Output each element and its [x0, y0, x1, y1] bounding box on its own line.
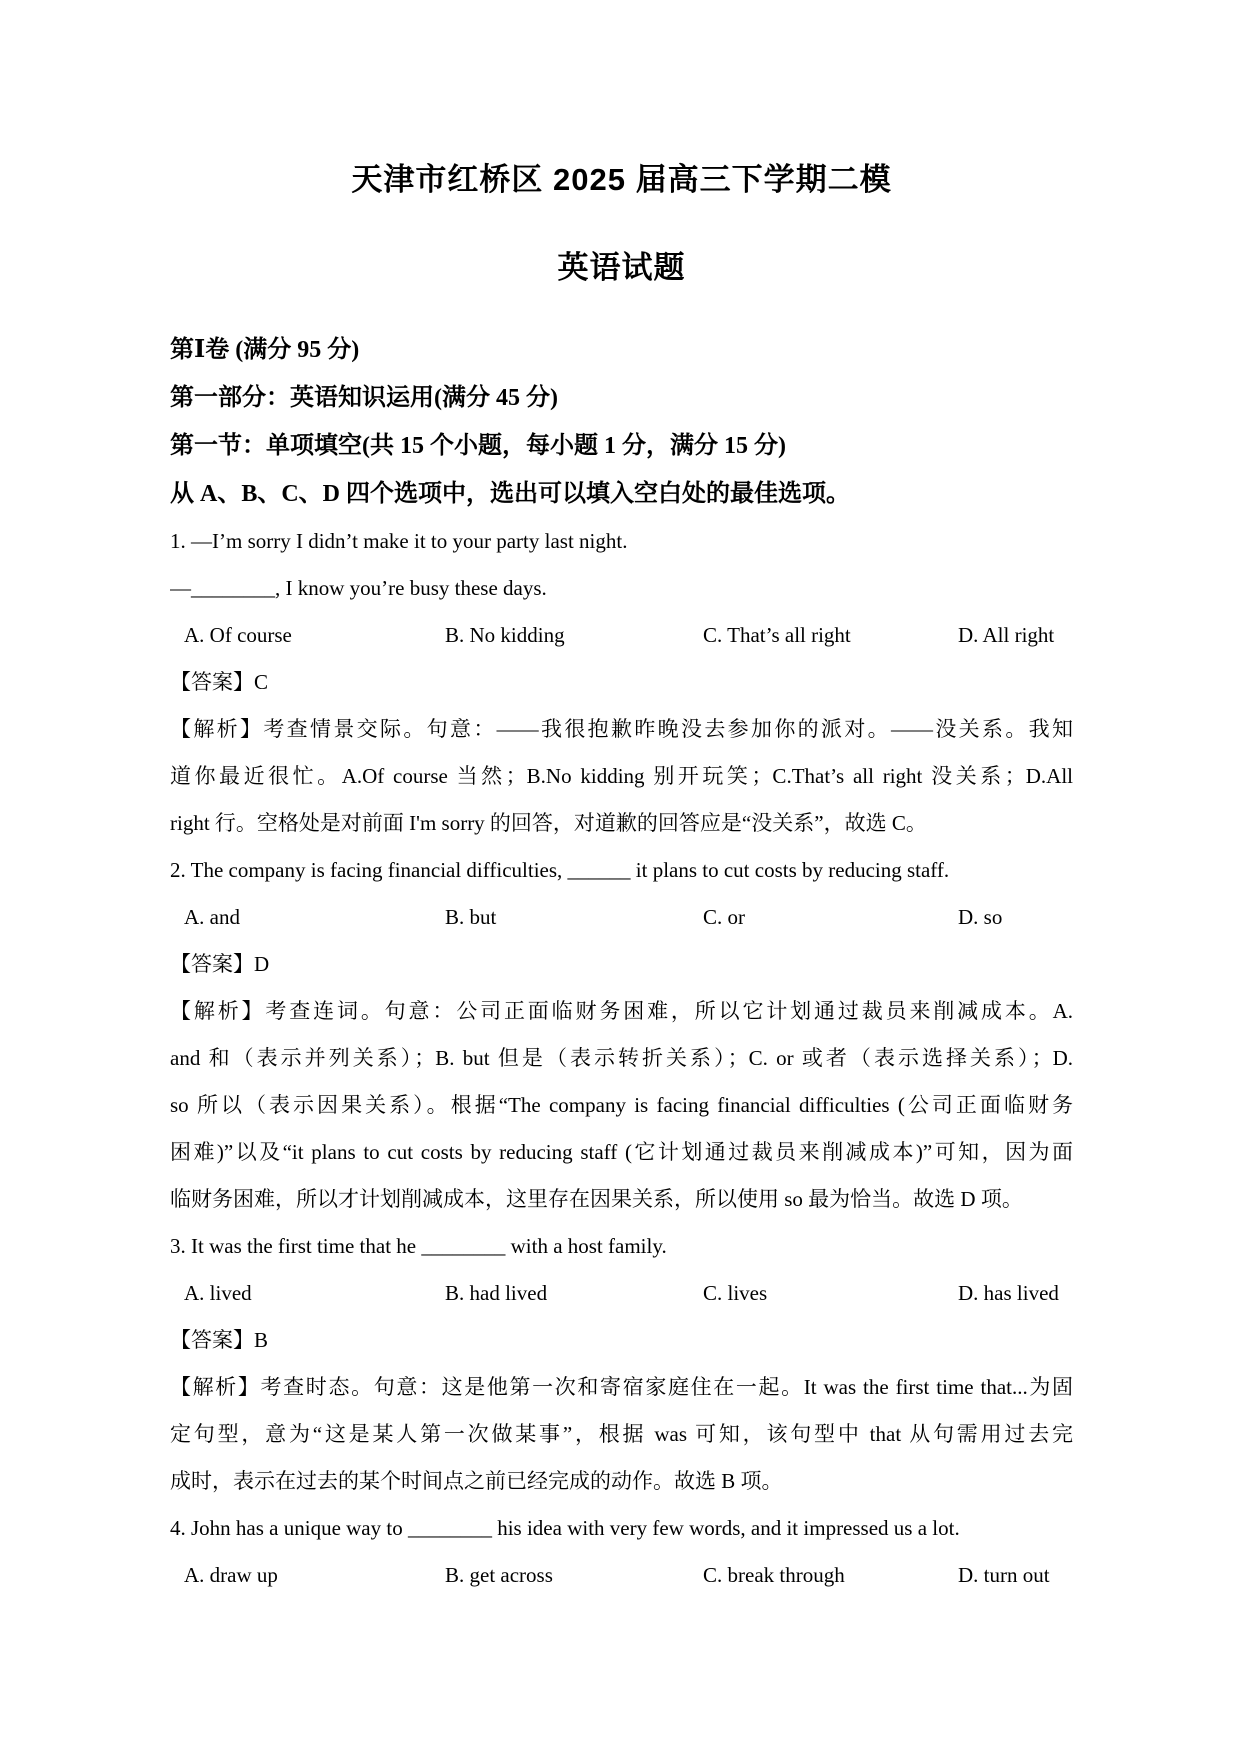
question-3: 3. It was the first time that he _______…: [170, 1223, 1073, 1505]
option-a: A. lived: [184, 1270, 445, 1317]
options-row: A. draw up B. get across C. break throug…: [170, 1552, 1073, 1599]
section-header: 第一节：单项填空(共 15 个小题，每小题 1 分，满分 15 分): [170, 422, 1073, 470]
explanation-line: and 和（表示并列关系）；B. but 但是（表示转折关系）；C. or 或者…: [170, 1035, 1073, 1082]
answer-line: 【答案】D: [170, 941, 1073, 988]
explanation-line: 定句型，意为“这是某人第一次做某事”，根据 was 可知，该句型中 that 从…: [170, 1411, 1073, 1458]
explanation-line: 困难)”以及“it plans to cut costs by reducing…: [170, 1129, 1073, 1176]
explanation-line: 成时，表示在过去的某个时间点之前已经完成的动作。故选 B 项。: [170, 1458, 1073, 1505]
option-c: C. That’s all right: [703, 612, 958, 659]
explanation-line: 道你最近很忙。A.Of course 当然；B.No kidding 别开玩笑；…: [170, 753, 1073, 800]
option-d: D. All right: [958, 612, 1073, 659]
explanation-line: 【解析】考查情景交际。句意：——我很抱歉昨晚没去参加你的派对。——没关系。我知: [170, 706, 1073, 753]
option-c: C. lives: [703, 1270, 958, 1317]
part-header: 第一部分：英语知识运用(满分 45 分): [170, 374, 1073, 422]
answer-line: 【答案】C: [170, 659, 1073, 706]
volume-header: 第Ⅰ卷 (满分 95 分): [170, 326, 1073, 374]
option-a: A. Of course: [184, 612, 445, 659]
option-a: A. and: [184, 894, 445, 941]
option-d: D. so: [958, 894, 1073, 941]
explanation-line: 【解析】考查时态。句意：这是他第一次和寄宿家庭住在一起。It was the f…: [170, 1364, 1073, 1411]
explanation-line: right 行。空格处是对前面 I'm sorry 的回答，对道歉的回答应是“没…: [170, 800, 1073, 847]
explanation-line: 临财务困难，所以才计划削减成本，这里存在因果关系，所以使用 so 最为恰当。故选…: [170, 1176, 1073, 1223]
question-stem: 4. John has a unique way to ________ his…: [170, 1505, 1073, 1552]
question-4: 4. John has a unique way to ________ his…: [170, 1505, 1073, 1599]
answer-line: 【答案】B: [170, 1317, 1073, 1364]
option-b: B. get across: [445, 1552, 703, 1599]
option-b: B. had lived: [445, 1270, 703, 1317]
option-d: D. has lived: [958, 1270, 1073, 1317]
question-1: 1. —I’m sorry I didn’t make it to your p…: [170, 518, 1073, 847]
option-b: B. but: [445, 894, 703, 941]
options-row: A. lived B. had lived C. lives D. has li…: [170, 1270, 1073, 1317]
option-c: C. or: [703, 894, 958, 941]
options-row: A. and B. but C. or D. so: [170, 894, 1073, 941]
option-c: C. break through: [703, 1552, 958, 1599]
question-2: 2. The company is facing financial diffi…: [170, 847, 1073, 1223]
question-stem: 2. The company is facing financial diffi…: [170, 847, 1073, 894]
page-subtitle: 英语试题: [170, 248, 1073, 288]
section-headers: 第Ⅰ卷 (满分 95 分) 第一部分：英语知识运用(满分 45 分) 第一节：单…: [170, 326, 1073, 518]
explanation-line: 【解析】考查连词。句意：公司正面临财务困难，所以它计划通过裁员来削减成本。A.: [170, 988, 1073, 1035]
option-d: D. turn out: [958, 1552, 1073, 1599]
question-stem: 3. It was the first time that he _______…: [170, 1223, 1073, 1270]
explanation-line: so 所以（表示因果关系）。根据“The company is facing f…: [170, 1082, 1073, 1129]
option-b: B. No kidding: [445, 612, 703, 659]
page-title: 天津市红桥区 2025 届高三下学期二模: [170, 160, 1073, 200]
question-stem: —________, I know you’re busy these days…: [170, 565, 1073, 612]
instruction: 从 A、B、C、D 四个选项中，选出可以填入空白处的最佳选项。: [170, 470, 1073, 518]
exam-paper-page: 天津市红桥区 2025 届高三下学期二模 英语试题 第Ⅰ卷 (满分 95 分) …: [0, 0, 1240, 1754]
options-row: A. Of course B. No kidding C. That’s all…: [170, 612, 1073, 659]
option-a: A. draw up: [184, 1552, 445, 1599]
question-stem: 1. —I’m sorry I didn’t make it to your p…: [170, 518, 1073, 565]
